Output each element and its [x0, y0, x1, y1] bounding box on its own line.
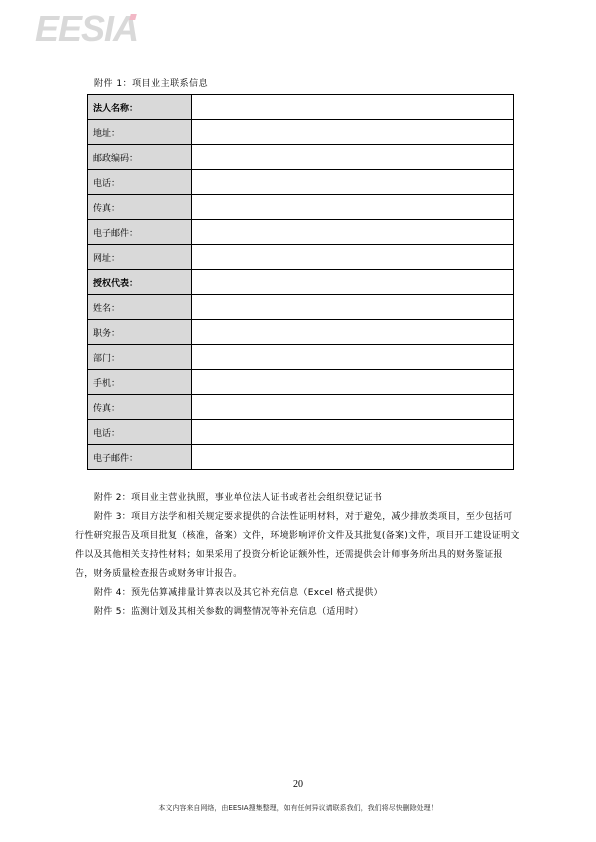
field-value-cell [192, 370, 514, 395]
field-value-cell [192, 295, 514, 320]
table-row: 部门： [88, 345, 514, 370]
field-value-cell [192, 95, 514, 120]
footer-disclaimer: 本文内容来自网络，由EESIA搜集整理，如有任何异议请联系我们，我们将尽快删除处… [0, 803, 596, 813]
field-label-cell: 手机： [88, 370, 192, 395]
table-row: 邮政编码： [88, 145, 514, 170]
field-value-cell [192, 195, 514, 220]
table-row: 传真： [88, 395, 514, 420]
field-label-cell: 传真： [88, 395, 192, 420]
field-value-cell [192, 145, 514, 170]
table-row: 电话： [88, 420, 514, 445]
field-value-cell [192, 320, 514, 345]
table-row: 电子邮件： [88, 220, 514, 245]
field-label-cell: 网址： [88, 245, 192, 270]
table-row: 职务： [88, 320, 514, 345]
table-row: 姓名： [88, 295, 514, 320]
attachment-4-text: 附件 4：预先估算减排量计算表以及其它补充信息（Excel 格式提供） [94, 584, 518, 603]
field-label-cell: 姓名： [88, 295, 192, 320]
field-label-cell: 地址： [88, 120, 192, 145]
field-label-cell: 电子邮件： [88, 220, 192, 245]
table-row: 地址： [88, 120, 514, 145]
field-value-cell [192, 395, 514, 420]
page-number: 20 [0, 779, 596, 790]
section-heading-cell: 授权代表： [88, 270, 192, 295]
table-row: 法人名称： [88, 95, 514, 120]
field-value-cell [192, 420, 514, 445]
field-value-cell [192, 170, 514, 195]
eesia-logo: EESIA [35, 8, 138, 50]
field-value-cell [192, 120, 514, 145]
section-heading-cell: 法人名称： [88, 95, 192, 120]
field-value-cell [192, 270, 514, 295]
logo-text: EESIA [35, 8, 138, 49]
field-label-cell: 电话： [88, 420, 192, 445]
field-value-cell [192, 220, 514, 245]
table-row: 传真： [88, 195, 514, 220]
attachment-1-caption: 附件 1：项目业主联系信息 [94, 76, 208, 89]
field-value-cell [192, 345, 514, 370]
table-row: 网址： [88, 245, 514, 270]
table-row: 电子邮件： [88, 445, 514, 470]
attachment-2-text: 附件 2：项目业主营业执照，事业单位法人证书或者社会组织登记证书 [94, 489, 518, 508]
field-label-cell: 邮政编码： [88, 145, 192, 170]
contact-info-table: 法人名称：地址：邮政编码：电话：传真：电子邮件：网址：授权代表：姓名：职务：部门… [87, 94, 514, 470]
field-value-cell [192, 245, 514, 270]
field-label-cell: 电子邮件： [88, 445, 192, 470]
field-label-cell: 电话： [88, 170, 192, 195]
table-row: 电话： [88, 170, 514, 195]
table-row: 授权代表： [88, 270, 514, 295]
field-label-cell: 传真： [88, 195, 192, 220]
field-label-cell: 部门： [88, 345, 192, 370]
table-row: 手机： [88, 370, 514, 395]
field-label-cell: 职务： [88, 320, 192, 345]
attachment-5-text: 附件 5：监测计划及其相关参数的调整情况等补充信息（适用时） [94, 603, 518, 622]
field-value-cell [192, 445, 514, 470]
attachment-3-text: 附件 3：项目方法学和相关规定要求提供的合法性证明材料，对于避免，减少排放类项目… [75, 508, 520, 584]
